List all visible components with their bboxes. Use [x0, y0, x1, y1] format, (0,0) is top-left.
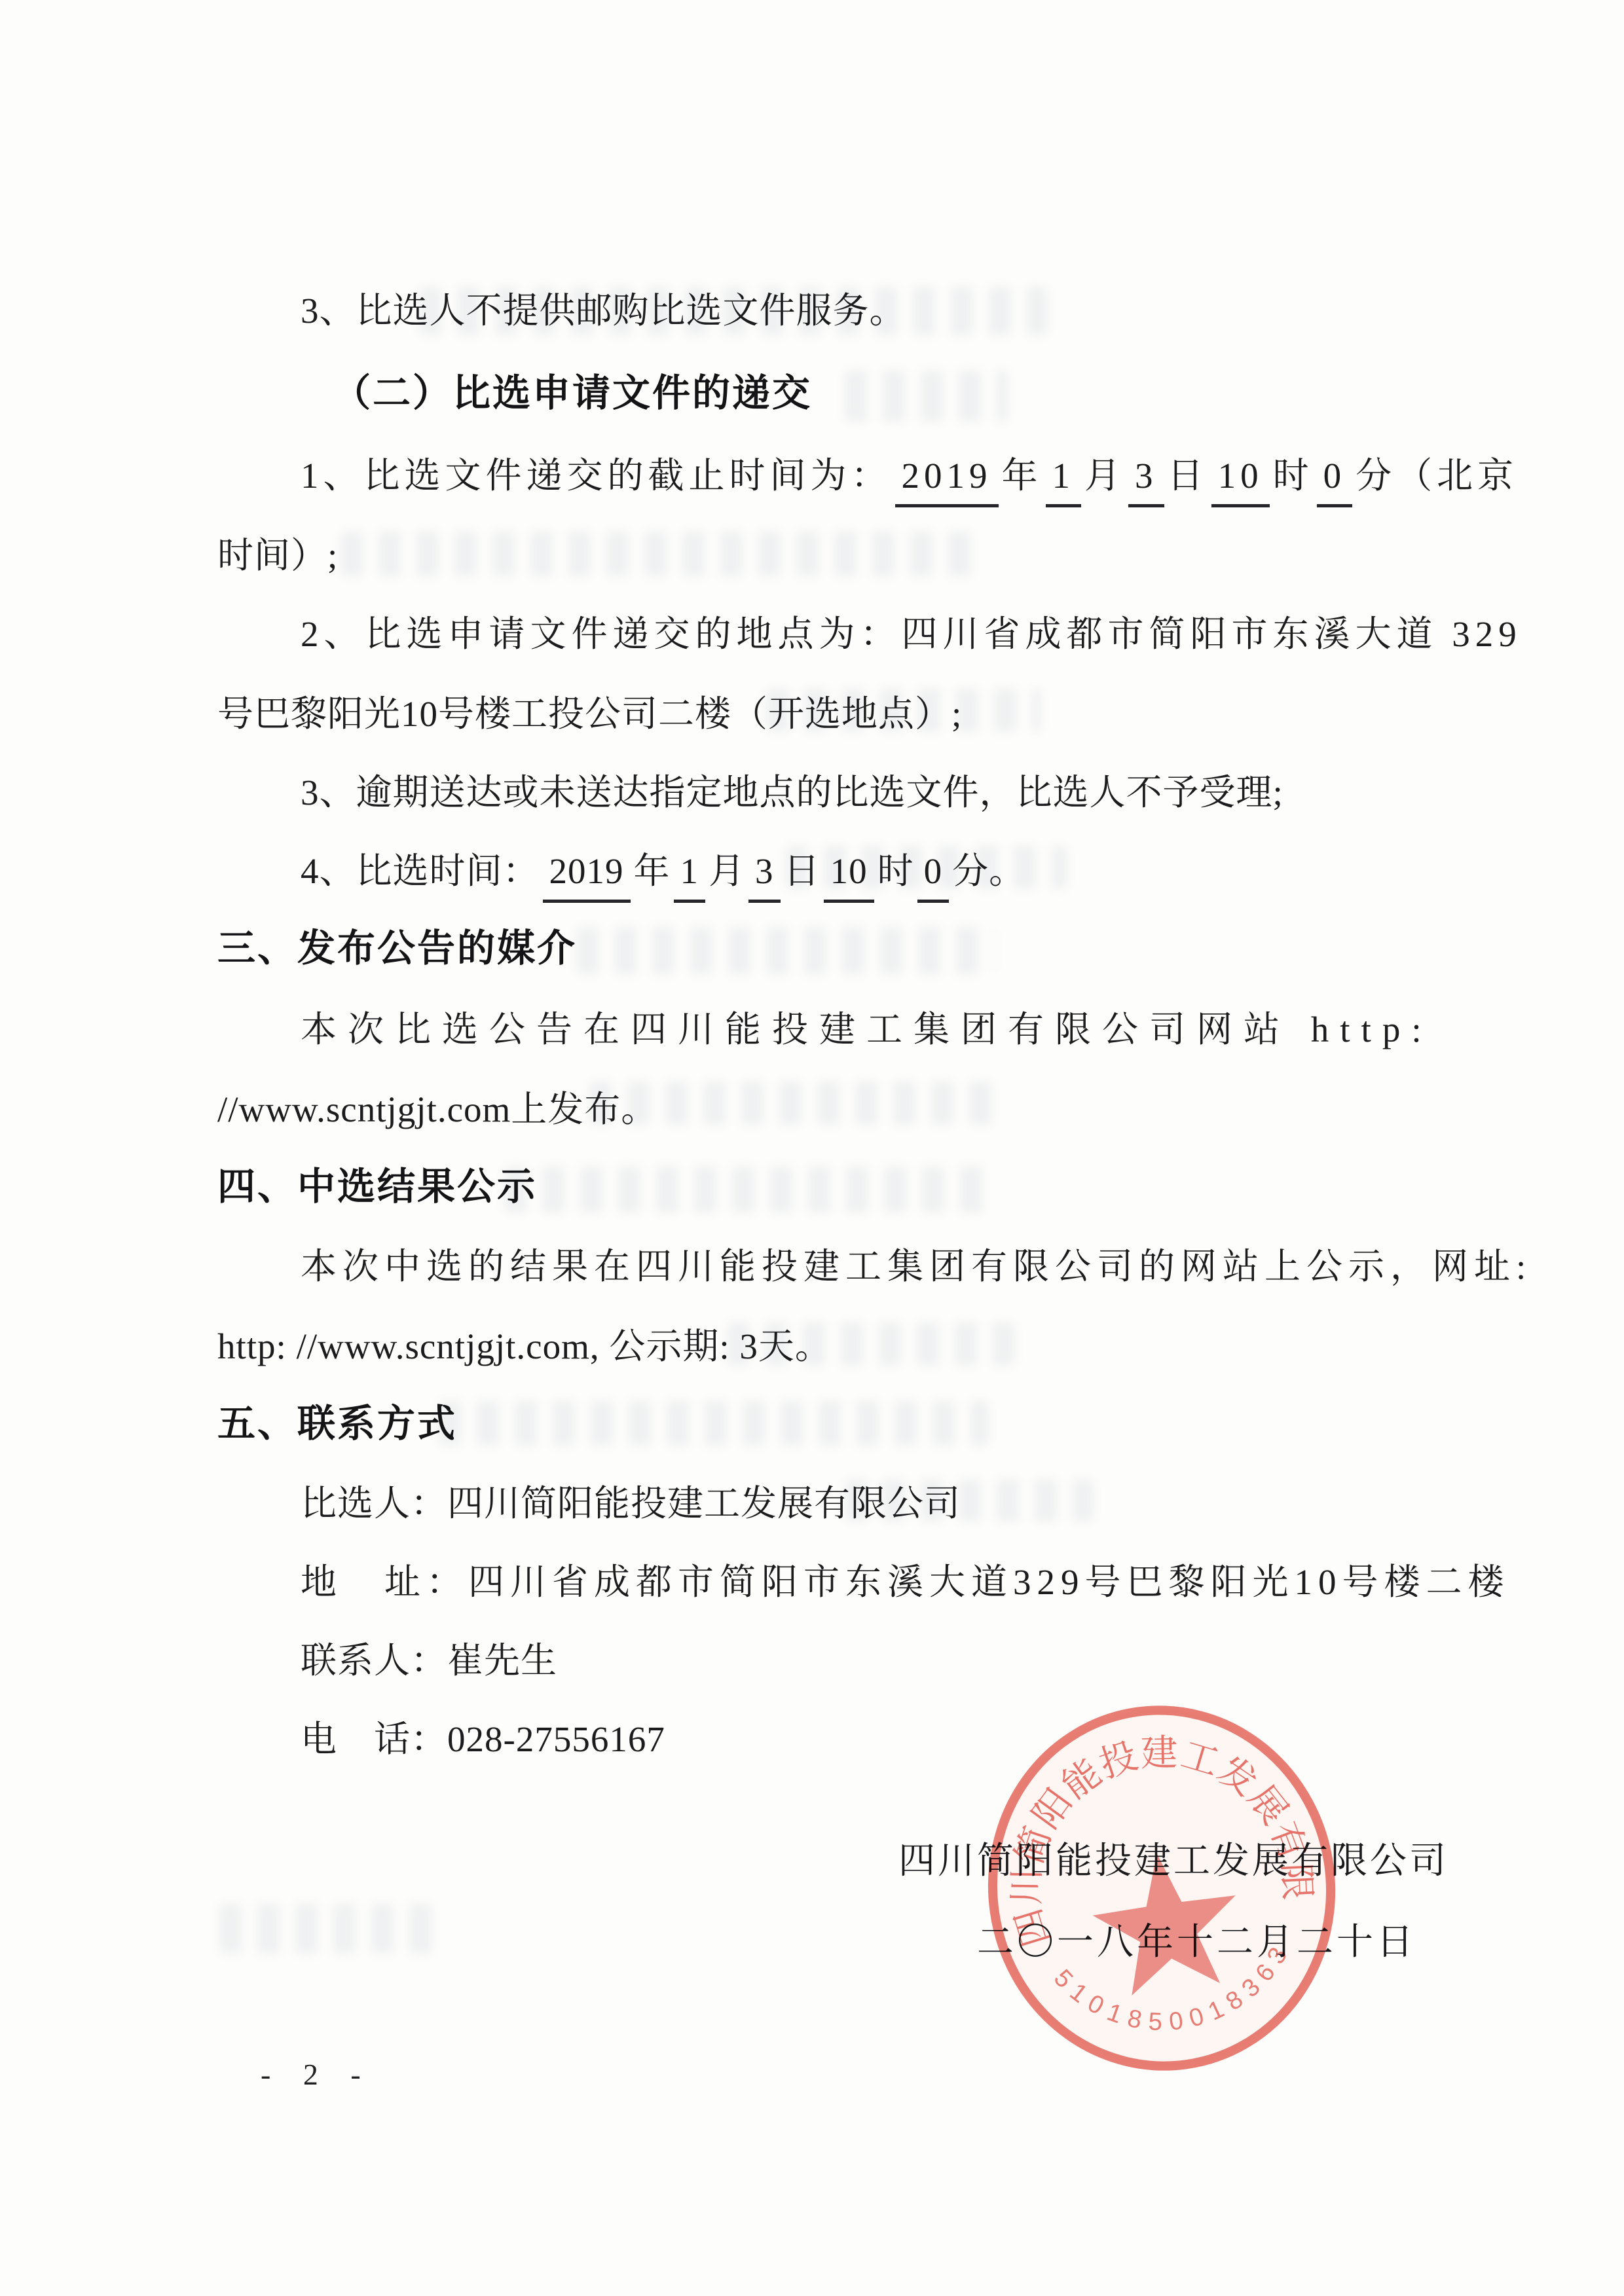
deadline-year: 2019: [895, 453, 999, 507]
page-number: - 2 -: [261, 2057, 365, 2092]
deadline-day: 3: [1128, 453, 1164, 507]
bleed-through-smudge: [845, 371, 1008, 422]
media-paragraph-line1: 本次比选公告在四川能投建工集团有限公司网站 http:: [301, 1007, 1433, 1053]
deadline-month: 1: [1046, 453, 1082, 507]
seltime-month: 1: [674, 848, 706, 903]
unit-hour: 时: [877, 848, 914, 894]
deadline-prefix: 1、比选文件递交的截止时间为：: [301, 453, 892, 499]
result-paragraph-line2: http: //www.scntjgjt.com, 公示期: 3天。: [217, 1324, 832, 1370]
unit-day: 日: [1168, 453, 1208, 499]
deadline-line: 1、比选文件递交的截止时间为：2019年1月3日10时0分（北京: [301, 453, 1518, 507]
heading-result-publicity: 四、中选结果公示: [217, 1164, 537, 1210]
contact-address-line: 地 址：四川省成都市简阳市东溪大道329号巴黎阳光10号楼二楼: [301, 1559, 1510, 1605]
bleed-through-smudge: [219, 1904, 442, 1954]
deadline-suffix: 分（北京: [1356, 453, 1518, 499]
seltime-suffix: 分。: [952, 848, 1025, 894]
heading-submission-of-documents: （二）比选申请文件的递交: [333, 371, 812, 416]
bleed-through-smudge: [504, 1167, 995, 1212]
seltime-year: 2019: [543, 848, 631, 903]
contact-bidder-line: 比选人：四川简阳能投建工发展有限公司: [301, 1481, 961, 1527]
item-no-mail-service: 3、比选人不提供邮购比选文件服务。: [301, 288, 906, 334]
selection-time-line: 4、比选时间：2019年1月3日10时0分。: [301, 848, 1025, 903]
unit-day: 日: [784, 848, 821, 894]
unit-month: 月: [1084, 453, 1125, 499]
item-late-delivery: 3、逾期送达或未送达指定地点的比选文件，比选人不予受理;: [301, 770, 1283, 816]
deadline-hour: 10: [1211, 453, 1270, 507]
deadline-continuation: 时间）;: [217, 533, 338, 579]
unit-hour: 时: [1273, 453, 1314, 499]
deadline-minute: 0: [1317, 453, 1353, 507]
heading-announcement-media: 三、发布公告的媒介: [217, 926, 577, 972]
unit-month: 月: [709, 848, 745, 894]
submission-place-line2: 号巴黎阳光10号楼工投公司二楼（开选地点）;: [217, 691, 962, 737]
seltime-day: 3: [748, 848, 781, 903]
result-paragraph-line1: 本次中选的结果在四川能投建工集团有限公司的网站上公示，网址:: [301, 1244, 1532, 1290]
bleed-through-smudge: [439, 1401, 989, 1446]
contact-phone-line: 电 话：028-27556167: [301, 1717, 665, 1762]
seltime-minute: 0: [917, 848, 950, 903]
submission-place-line1: 2、比选申请文件递交的地点为：四川省成都市简阳市东溪大道 329: [301, 611, 1522, 657]
media-paragraph-line2: //www.scntjgjt.com上发布。: [217, 1087, 657, 1133]
unit-year: 年: [1002, 453, 1043, 499]
contact-person-line: 联系人：崔先生: [301, 1638, 557, 1684]
unit-year: 年: [634, 848, 671, 894]
seltime-prefix: 4、比选时间：: [301, 848, 540, 894]
bleed-through-smudge: [341, 532, 982, 576]
document-page: 3、比选人不提供邮购比选文件服务。 （二）比选申请文件的递交 1、比选文件递交的…: [0, 0, 1624, 2296]
company-stamp: 四川简阳能投建工发展有限公司 5101850018363: [981, 1697, 1342, 2079]
bleed-through-smudge: [576, 927, 995, 974]
heading-contact-info: 五、联系方式: [217, 1401, 457, 1447]
seltime-hour: 10: [824, 848, 874, 903]
